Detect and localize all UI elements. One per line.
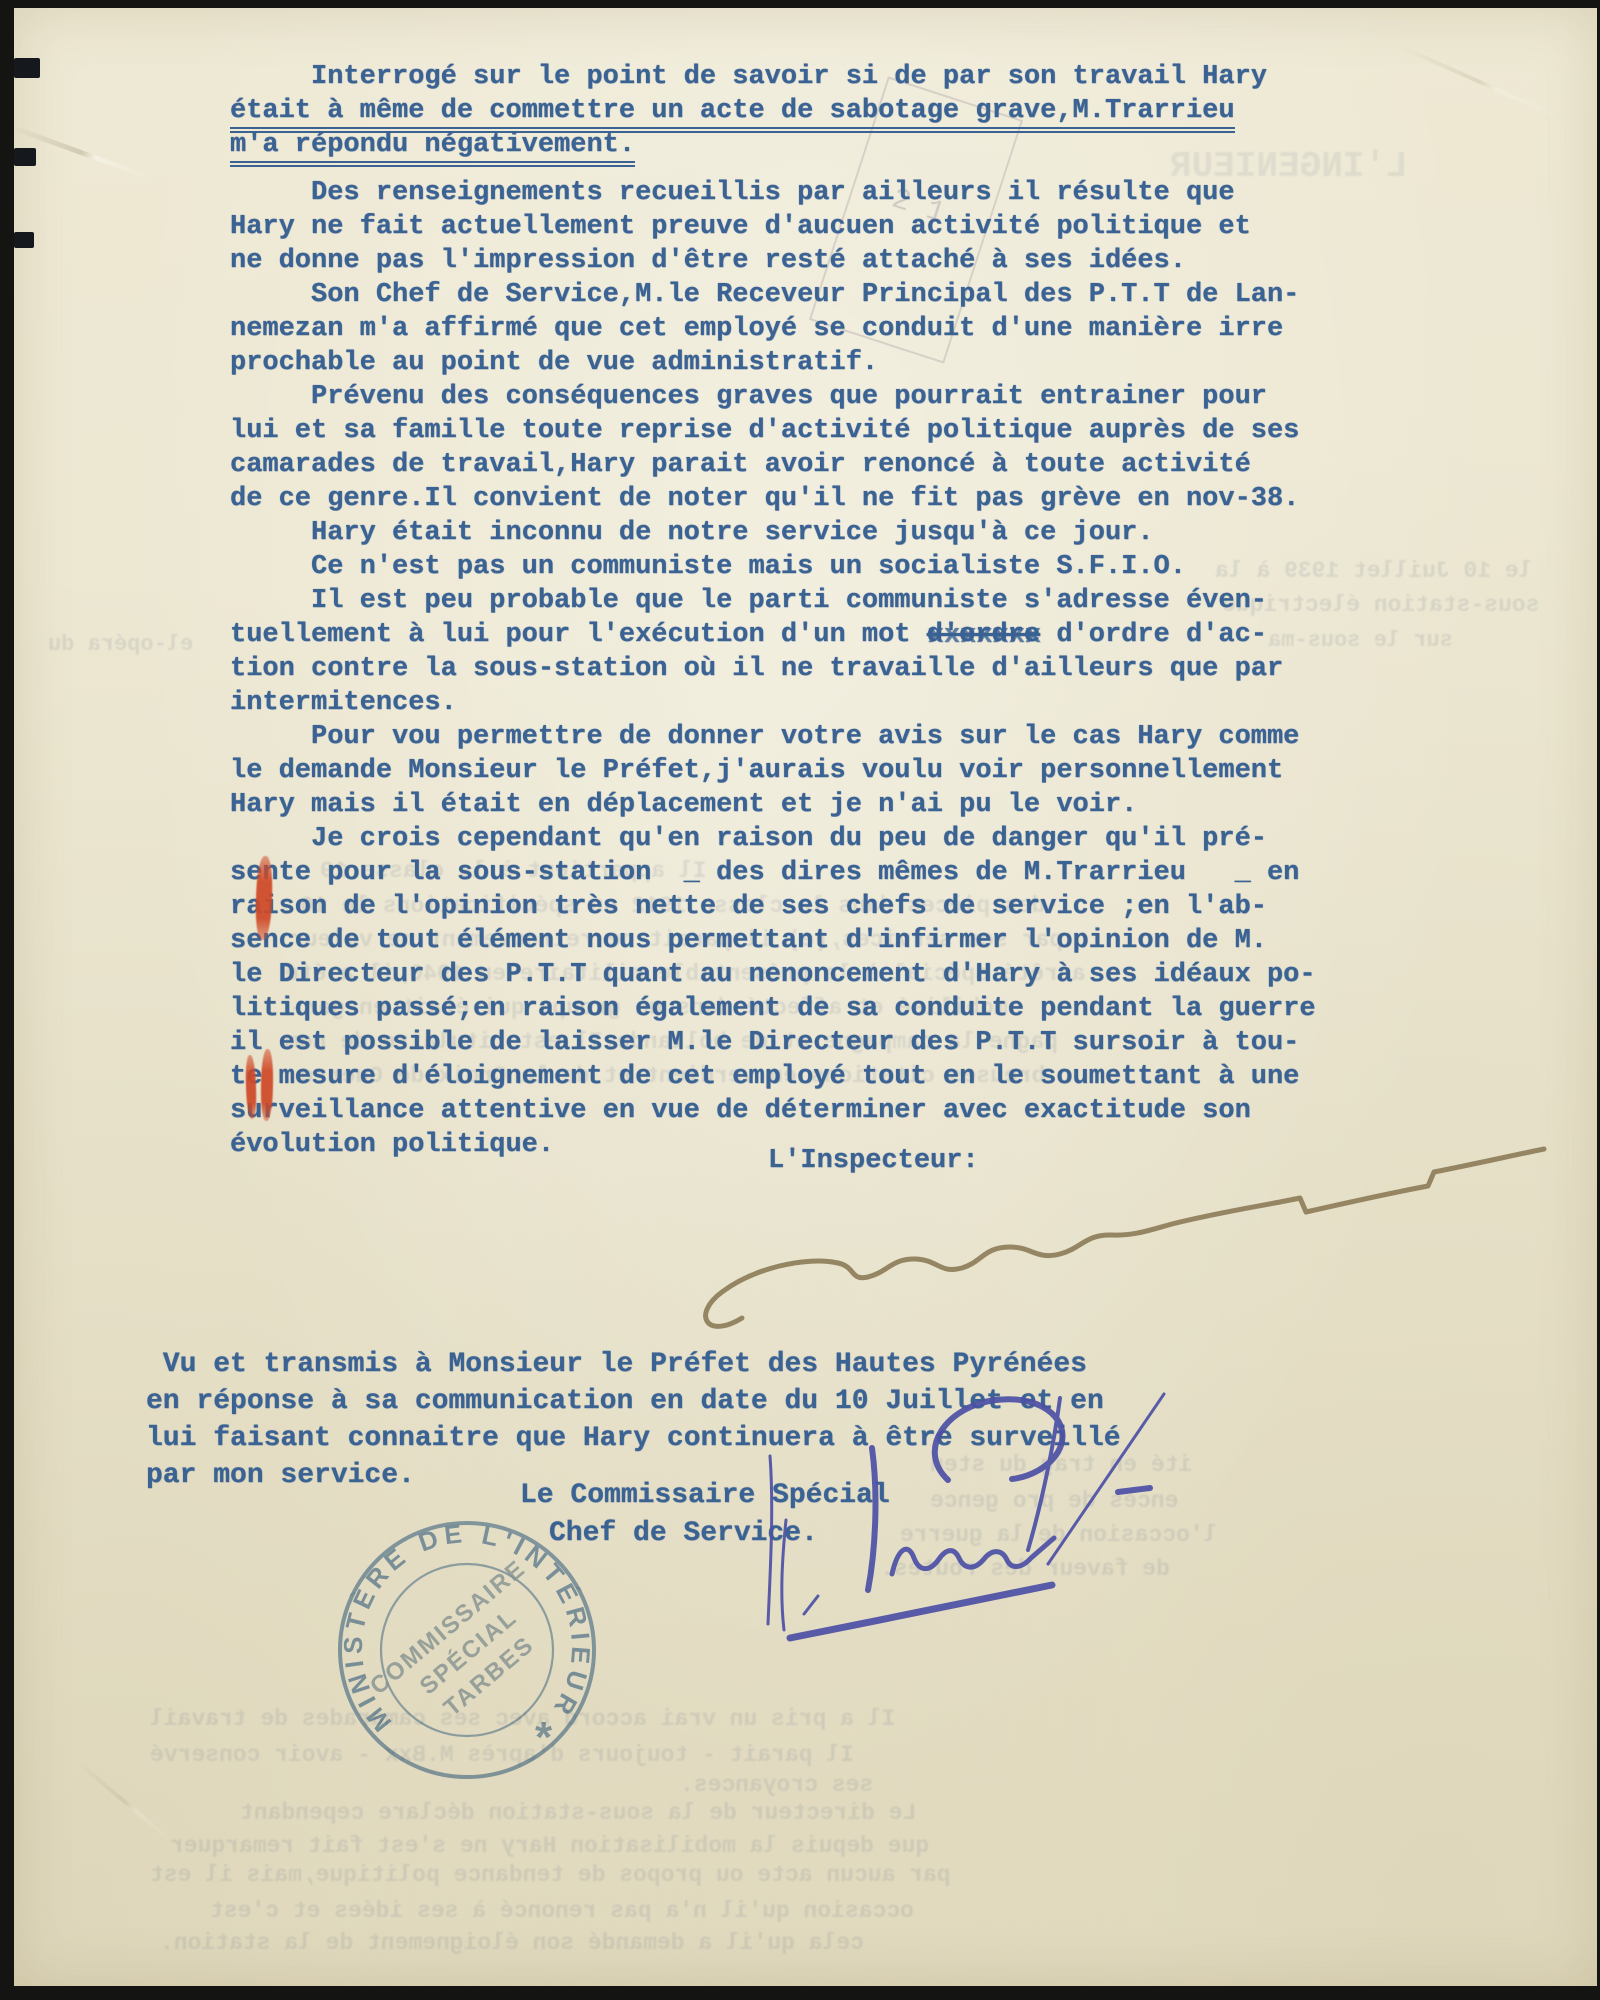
binding-notch: [14, 148, 36, 166]
overtype-xs: xxxxxxx: [928, 619, 1041, 653]
typed-body: Interrogé sur le point de savoir si de p…: [230, 60, 1390, 1162]
typed-line: Prévenu des conséquences graves que pour…: [230, 380, 1390, 414]
typed-line: de ce genre.Il convient de noter qu'il n…: [230, 482, 1390, 516]
typed-line: raison de l'opinion très nette de ses ch…: [230, 890, 1390, 924]
scan-edge-bottom: [0, 1986, 1600, 2000]
bleed-through-text: que depuis la mobilisation Hary ne s'est…: [170, 1833, 929, 1859]
typed-line: lui et sa famille toute reprise d'activi…: [230, 414, 1390, 448]
stamp-star-icon: *: [535, 1713, 553, 1762]
typed-line: te mesure d'éloignement de cet employé t…: [230, 1060, 1390, 1094]
typed-line: Hary mais il était en déplacement et je …: [230, 788, 1390, 822]
typed-line: Pour vou permettre de donner votre avis …: [230, 720, 1390, 754]
typed-line: Il est peu probable que le parti communi…: [230, 584, 1390, 618]
binding-notch: [14, 58, 40, 78]
ministry-stamp: MINISTÈRE DE L'INTÉRIEUR COMMISSAIRE SPÉ…: [297, 1480, 637, 1820]
scan-edge-left: [0, 0, 14, 2000]
typed-line: Je crois cependant qu'en raison du peu d…: [230, 822, 1390, 856]
bleed-through-text: par aucun acte ou propos de tendance pol…: [150, 1862, 951, 1888]
bleed-through-text: cela qu'il a demandé son éloignement de …: [160, 1930, 864, 1956]
bleed-through-text: occasion qu'il n'a pas renoncé à ses idé…: [210, 1898, 914, 1924]
binding-notch: [14, 232, 34, 248]
inspector-signature: [660, 1120, 1580, 1350]
typed-line: sence de tout élément nous permettant d'…: [230, 924, 1390, 958]
typed-line: Hary était inconnu de notre service jusq…: [230, 516, 1390, 550]
typed-line: sente pour la sous-station _ des dires m…: [230, 856, 1390, 890]
typed-line: était à même de commettre un acte de sab…: [230, 94, 1390, 128]
typed-line: prochable au point de vue administratif.: [230, 346, 1390, 380]
typed-line: Son Chef de Service,M.le Receveur Princi…: [230, 278, 1390, 312]
struck-word: d'ordrexxxxxxx: [927, 620, 1040, 650]
commissaire-signature: [720, 1380, 1480, 1710]
typed-line: Vu et transmis à Monsieur le Préfet des …: [146, 1346, 1121, 1383]
typed-line: Des renseignements recueillis par ailleu…: [230, 176, 1390, 210]
typed-line: intermitences.: [230, 686, 1390, 720]
typed-line: tuellement à lui pour l'exécution d'un m…: [230, 618, 1390, 652]
typed-line: ne donne pas l'impression d'être resté a…: [230, 244, 1390, 278]
typed-line: tion contre la sous-station où il ne tra…: [230, 652, 1390, 686]
bleed-through-text: el-opéra du: [48, 632, 193, 657]
typed-line: Hary ne fait actuellement preuve d'aucue…: [230, 210, 1390, 244]
scan-edge-top: [0, 0, 1600, 8]
typed-line: Interrogé sur le point de savoir si de p…: [230, 60, 1390, 94]
typed-line: litiques passé;en raison également de sa…: [230, 992, 1390, 1026]
typed-line: nemezan m'a affirmé que cet employé se c…: [230, 312, 1390, 346]
document-scan: L'INGENIEURle 10 Juillet 1939 à lasous-s…: [0, 0, 1600, 2000]
typed-line: il est possible de laisser M.le Directeu…: [230, 1026, 1390, 1060]
typed-line: m'a répondu négativement.: [230, 128, 1390, 162]
typed-line: le Directeur des P.T.T quant au nenoncem…: [230, 958, 1390, 992]
typed-line: camarades de travail,Hary parait avoir r…: [230, 448, 1390, 482]
bleed-through-text: ses croyances.: [680, 1772, 873, 1798]
typed-line: le demande Monsieur le Préfet,j'aurais v…: [230, 754, 1390, 788]
typed-line: Ce n'est pas un communiste mais un socia…: [230, 550, 1390, 584]
